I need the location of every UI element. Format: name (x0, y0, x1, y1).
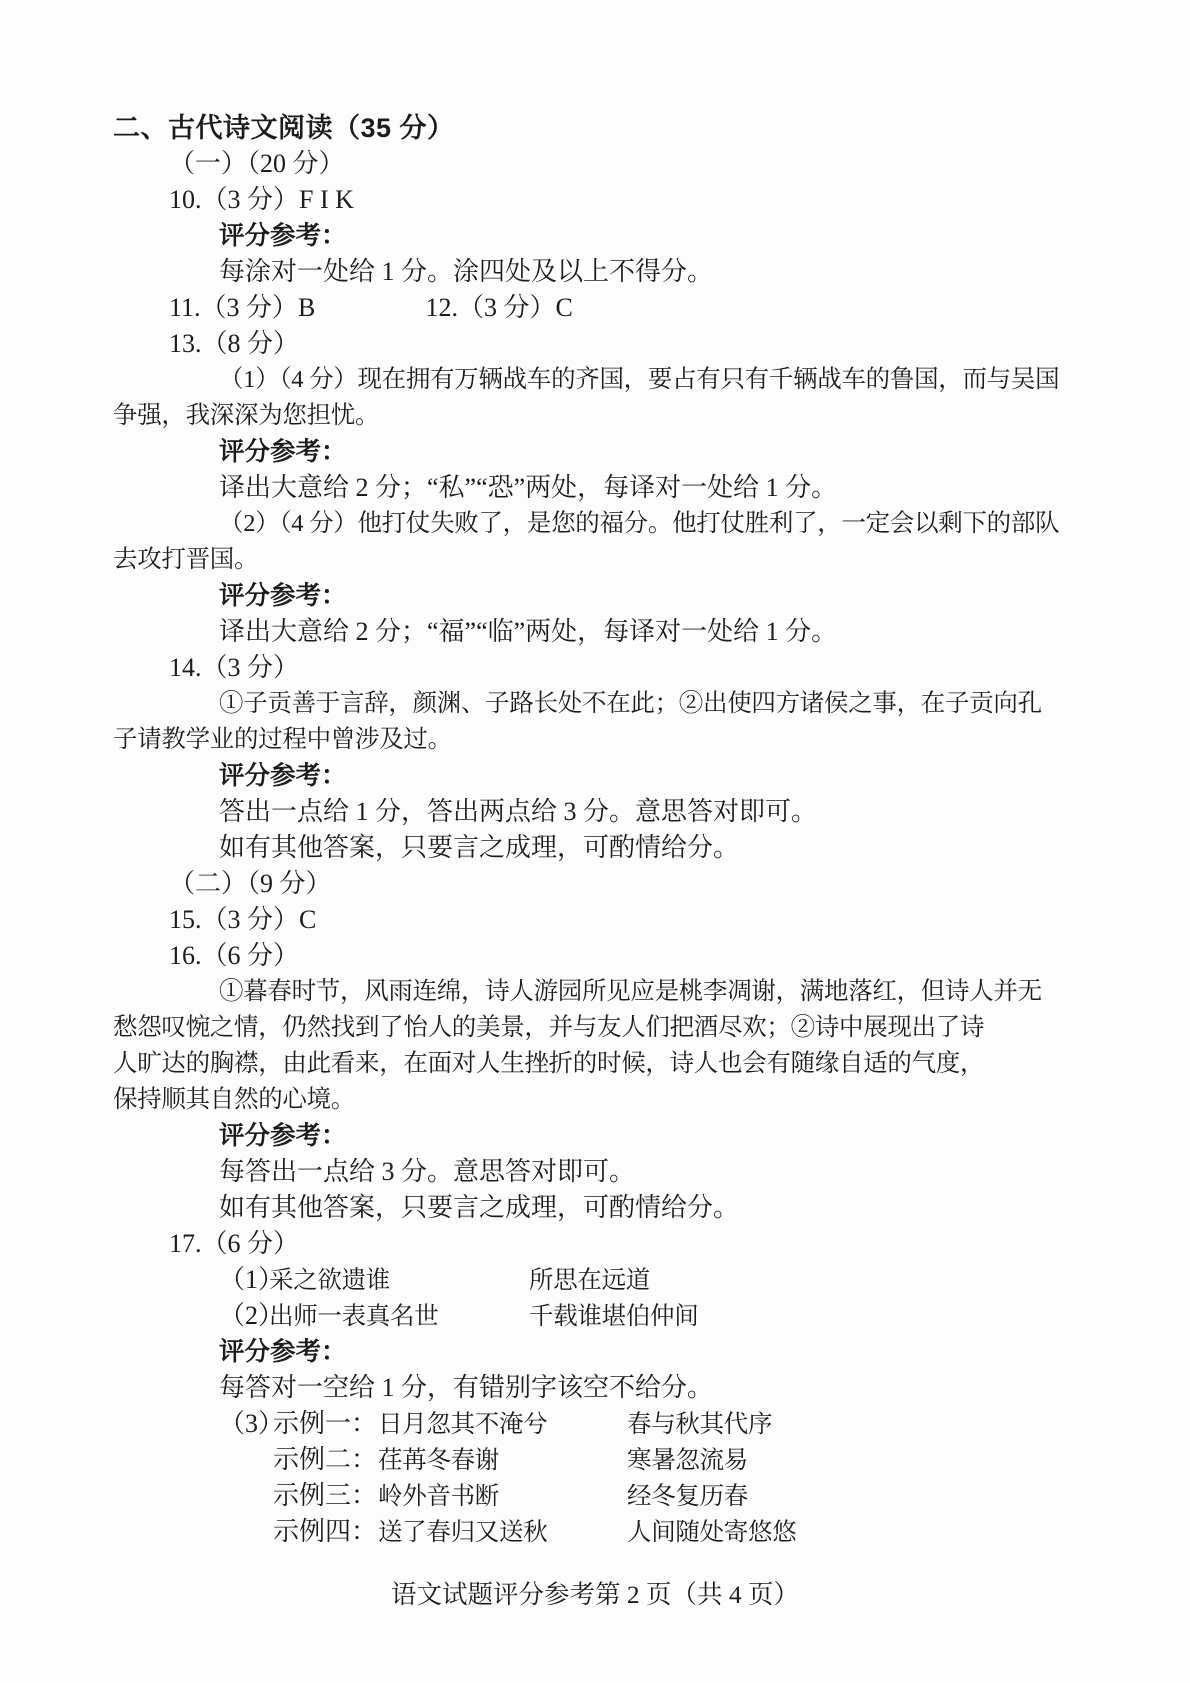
q16-answer-line1: ①暮春时节，风雨连绵，诗人游园所见应是桃李凋谢，满地落红，但诗人并无 (219, 974, 1105, 1010)
q14-answer-line2: 子请教学业的过程中曾涉及过。 (113, 722, 1105, 758)
q17-example2-second-blank: 寒暑忽流易 (627, 1443, 748, 1479)
q17-scoring-note: 每答对一空给 1 分，有错别字该空不给分。 (219, 1370, 1105, 1406)
q17-example3-label: 示例三： (273, 1478, 378, 1514)
q13-translation2-line1: （2）（4 分）他打仗失败了，是您的福分。他打仗胜利了，一定会以剩下的部队 (219, 506, 1105, 542)
q17-example4-second-blank: 人间随处寄悠悠 (627, 1515, 796, 1551)
q13-translation1-line1: （1）（4 分）现在拥有万辆战车的齐国，要占有只有千辆战车的鲁国，而与吴国 (219, 362, 1105, 398)
q14-scoring-note-2: 如有其他答案，只要言之成理，可酌情给分。 (219, 830, 1105, 866)
q17-scoring-ref-label: 评分参考： (219, 1334, 1105, 1370)
q17-example1-second-blank: 春与秋其代序 (627, 1407, 772, 1443)
q14-heading: 14.（3 分） (169, 650, 1105, 686)
q17-example2-first-blank: 荏苒冬春谢 (378, 1443, 627, 1479)
q10-answer: 10.（3 分）F I K (169, 182, 1105, 218)
q17-example4-label: 示例四： (273, 1514, 378, 1550)
q17-item2-first-blank: 出师一表真名世 (269, 1299, 529, 1335)
q17-item3-example2-row: 示例二： 荏苒冬春谢 寒暑忽流易 (219, 1442, 1105, 1478)
document-body: 二、古代诗文阅读（35 分） （一）（20 分） 10.（3 分）F I K 评… (113, 110, 1105, 1550)
q17-example3-first-blank: 岭外音书断 (378, 1479, 627, 1515)
page-footer: 语文试题评分参考第 2 页（共 4 页） (0, 1577, 1190, 1613)
q17-item3-example3-row: 示例三： 岭外音书断 经冬复历春 (219, 1478, 1105, 1514)
q17-item1-first-blank: 采之欲遗谁 (269, 1263, 529, 1299)
q16-scoring-ref-label: 评分参考： (219, 1118, 1105, 1154)
q16-heading: 16.（6 分） (169, 938, 1105, 974)
q17-item2-row: （2） 出师一表真名世 千载谁堪伯仲间 (219, 1298, 1105, 1334)
part2-heading: （二）（9 分） (169, 866, 1105, 902)
q16-answer-line2: 愁怨叹惋之情，仍然找到了怡人的美景，并与友人们把酒尽欢；②诗中展现出了诗 (113, 1010, 1105, 1046)
q13-translation2-line2: 去攻打晋国。 (113, 542, 1105, 578)
q17-item3-label: （3） (219, 1406, 273, 1442)
q17-item2-second-blank: 千载谁堪伯仲间 (529, 1299, 698, 1335)
q14-answer-line1: ①子贡善于言辞，颜渊、子路长处不在此；②出使四方诸侯之事，在子贡向孔 (219, 686, 1105, 722)
q13-scoring-note-2: 译出大意给 2 分；“福”“临”两处，每译对一处给 1 分。 (219, 614, 1105, 650)
q15-answer: 15.（3 分）C (169, 902, 1105, 938)
q17-example1-first-blank: 日月忽其不淹兮 (378, 1407, 627, 1443)
q17-heading: 17.（6 分） (169, 1226, 1105, 1262)
q17-example3-second-blank: 经冬复历春 (627, 1479, 748, 1515)
q16-answer-line3: 人旷达的胸襟，由此看来，在面对人生挫折的时候，诗人也会有随缘自适的气度， (113, 1046, 1105, 1082)
q13-scoring-note-1: 译出大意给 2 分；“私”“恐”两处，每译对一处给 1 分。 (219, 470, 1105, 506)
q17-example4-first-blank: 送了春归又送秋 (378, 1515, 627, 1551)
q17-example1-label: 示例一： (273, 1406, 378, 1442)
q10-scoring-note: 每涂对一处给 1 分。涂四处及以上不得分。 (219, 254, 1105, 290)
q17-item1-label: （1） (219, 1262, 269, 1298)
q17-item3-example1-row: （3） 示例一： 日月忽其不淹兮 春与秋其代序 (219, 1406, 1105, 1442)
q17-item2-label: （2） (219, 1298, 269, 1334)
q10-scoring-ref-label: 评分参考： (219, 218, 1105, 254)
q17-item1-second-blank: 所思在远道 (529, 1263, 650, 1299)
q13-scoring-ref-label-1: 评分参考： (219, 434, 1105, 470)
q16-scoring-note-1: 每答出一点给 3 分。意思答对即可。 (219, 1154, 1105, 1190)
answer-key-page: 二、古代诗文阅读（35 分） （一）（20 分） 10.（3 分）F I K 评… (0, 0, 1190, 1683)
q13-heading: 13.（8 分） (169, 326, 1105, 362)
q13-scoring-ref-label-2: 评分参考： (219, 578, 1105, 614)
q11-q12-row: 11.（3 分）B 12.（3 分）C (169, 290, 1105, 326)
q14-scoring-ref-label: 评分参考： (219, 758, 1105, 794)
q11-answer: 11.（3 分）B (169, 290, 419, 326)
q14-scoring-note-1: 答出一点给 1 分，答出两点给 3 分。意思答对即可。 (219, 794, 1105, 830)
q17-item3-example4-row: 示例四： 送了春归又送秋 人间随处寄悠悠 (219, 1514, 1105, 1550)
q16-scoring-note-2: 如有其他答案，只要言之成理，可酌情给分。 (219, 1190, 1105, 1226)
q17-example2-label: 示例二： (273, 1442, 378, 1478)
section-heading: 二、古代诗文阅读（35 分） (113, 110, 1105, 146)
q13-translation1-line2: 争强，我深深为您担忧。 (113, 398, 1105, 434)
q12-answer: 12.（3 分）C (426, 293, 573, 322)
q17-item1-row: （1） 采之欲遗谁 所思在远道 (219, 1262, 1105, 1298)
q16-answer-line4: 保持顺其自然的心境。 (113, 1082, 1105, 1118)
part1-heading: （一）（20 分） (169, 146, 1105, 182)
